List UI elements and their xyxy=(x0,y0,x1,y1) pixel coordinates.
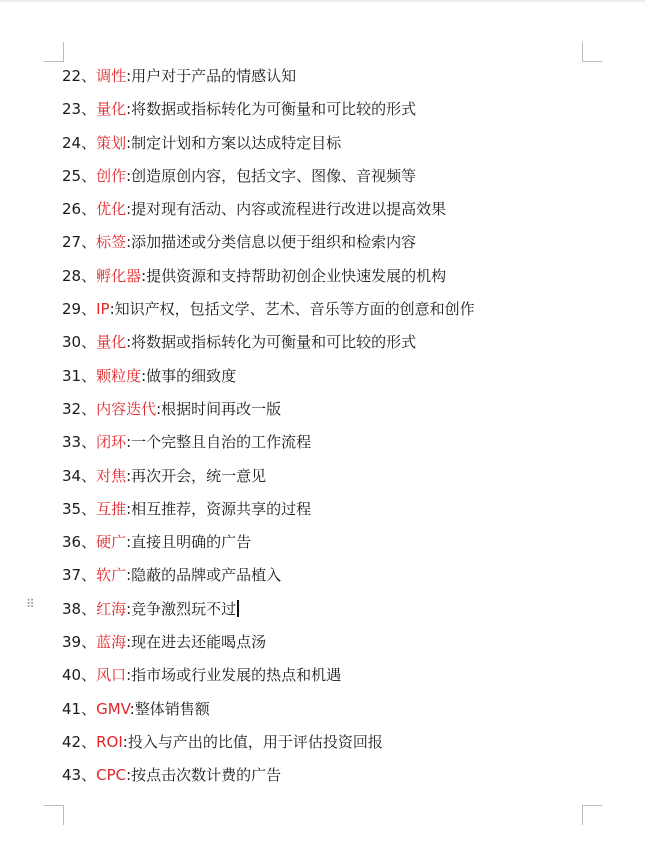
list-item[interactable]: 37、软广:隐蔽的品牌或产品植入 xyxy=(62,563,475,596)
item-term: 对焦 xyxy=(96,467,126,485)
item-definition: 创造原创内容，包括文字、图像、音视频等 xyxy=(131,167,416,185)
item-definition: 指市场或行业发展的热点和机遇 xyxy=(131,666,341,684)
item-term: 互推 xyxy=(96,500,126,518)
item-term: 颗粒度 xyxy=(96,367,141,385)
item-definition: 知识产权，包括文学、艺术、音乐等方面的创意和创作 xyxy=(115,300,475,318)
item-definition: 按点击次数计费的广告 xyxy=(131,766,281,784)
list-item[interactable]: 26、优化:提对现有活动、内容或流程进行改进以提高效果 xyxy=(62,197,475,230)
item-number: 26、 xyxy=(62,200,96,218)
item-number: 30、 xyxy=(62,333,96,351)
item-number: 34、 xyxy=(62,467,96,485)
item-number: 37、 xyxy=(62,566,96,584)
list-item[interactable]: 30、量化:将数据或指标转化为可衡量和可比较的形式 xyxy=(62,330,475,363)
document-body[interactable]: 22、调性:用户对于产品的情感认知23、量化:将数据或指标转化为可衡量和可比较的… xyxy=(62,64,475,797)
item-term: 量化 xyxy=(96,100,126,118)
item-term: CPC xyxy=(96,766,126,784)
item-definition: 投入与产出的比值，用于评估投资回报 xyxy=(128,733,383,751)
item-definition: 隐蔽的品牌或产品植入 xyxy=(131,566,281,584)
drag-handle-icon[interactable]: ⠿ xyxy=(26,601,36,615)
list-item[interactable]: 25、创作:创造原创内容，包括文字、图像、音视频等 xyxy=(62,164,475,197)
list-item[interactable]: 40、风口:指市场或行业发展的热点和机遇 xyxy=(62,663,475,696)
item-definition: 竞争激烈玩不过 xyxy=(131,600,236,618)
item-definition: 相互推荐，资源共享的过程 xyxy=(131,500,311,518)
list-item[interactable]: 33、闭环:一个完整且自治的工作流程 xyxy=(62,430,475,463)
item-term: 风口 xyxy=(96,666,126,684)
item-term: ROI xyxy=(96,733,123,751)
item-number: 32、 xyxy=(62,400,96,418)
item-term: IP xyxy=(96,300,109,318)
item-definition: 提对现有活动、内容或流程进行改进以提高效果 xyxy=(131,200,446,218)
item-term: 量化 xyxy=(96,333,126,351)
item-term: 硬广 xyxy=(96,533,126,551)
list-item[interactable]: 43、CPC:按点击次数计费的广告 xyxy=(62,763,475,796)
list-item[interactable]: 35、互推:相互推荐，资源共享的过程 xyxy=(62,497,475,530)
item-number: 24、 xyxy=(62,134,96,152)
list-item[interactable]: 22、调性:用户对于产品的情感认知 xyxy=(62,64,475,97)
item-number: 28、 xyxy=(62,267,96,285)
item-definition: 将数据或指标转化为可衡量和可比较的形式 xyxy=(131,100,416,118)
item-number: 23、 xyxy=(62,100,96,118)
item-term: 蓝海 xyxy=(96,633,126,651)
item-definition: 做事的细致度 xyxy=(146,367,236,385)
list-item[interactable]: 32、内容迭代:根据时间再改一版 xyxy=(62,397,475,430)
item-number: 36、 xyxy=(62,533,96,551)
item-definition: 直接且明确的广告 xyxy=(131,533,251,551)
item-number: 35、 xyxy=(62,500,96,518)
list-item[interactable]: 27、标签:添加描述或分类信息以便于组织和检索内容 xyxy=(62,230,475,263)
list-item[interactable]: 42、ROI:投入与产出的比值，用于评估投资回报 xyxy=(62,730,475,763)
list-item[interactable]: 34、对焦:再次开会，统一意见 xyxy=(62,464,475,497)
item-number: 40、 xyxy=(62,666,96,684)
item-definition: 整体销售额 xyxy=(135,700,210,718)
list-item[interactable]: 28、孵化器:提供资源和支持帮助初创企业快速发展的机构 xyxy=(62,264,475,297)
item-definition: 制定计划和方案以达成特定目标 xyxy=(131,134,341,152)
top-edge xyxy=(0,0,645,2)
page-corner-mark-top-right xyxy=(582,42,602,62)
item-number: 33、 xyxy=(62,433,96,451)
item-definition: 一个完整且自治的工作流程 xyxy=(131,433,311,451)
item-term: 红海 xyxy=(96,600,126,618)
item-number: 22、 xyxy=(62,67,96,85)
item-definition: 添加描述或分类信息以便于组织和检索内容 xyxy=(131,233,416,251)
page-corner-mark-top-left xyxy=(44,42,64,62)
item-definition: 将数据或指标转化为可衡量和可比较的形式 xyxy=(131,333,416,351)
item-number: 29、 xyxy=(62,300,96,318)
item-term: 优化 xyxy=(96,200,126,218)
list-item[interactable]: 24、策划:制定计划和方案以达成特定目标 xyxy=(62,131,475,164)
item-number: 38、 xyxy=(62,600,96,618)
item-number: 27、 xyxy=(62,233,96,251)
item-term: 软广 xyxy=(96,566,126,584)
text-cursor xyxy=(237,600,239,617)
item-definition: 再次开会，统一意见 xyxy=(131,467,266,485)
list-item[interactable]: 41、GMV:整体销售额 xyxy=(62,697,475,730)
page-corner-mark-bottom-left xyxy=(44,805,64,825)
item-number: 25、 xyxy=(62,167,96,185)
list-item[interactable]: 29、IP:知识产权，包括文学、艺术、音乐等方面的创意和创作 xyxy=(62,297,475,330)
item-number: 42、 xyxy=(62,733,96,751)
item-term: 内容迭代 xyxy=(96,400,156,418)
list-item[interactable]: 23、量化:将数据或指标转化为可衡量和可比较的形式 xyxy=(62,97,475,130)
item-number: 41、 xyxy=(62,700,96,718)
item-definition: 用户对于产品的情感认知 xyxy=(131,67,296,85)
item-term: GMV xyxy=(96,700,130,718)
item-definition: 提供资源和支持帮助初创企业快速发展的机构 xyxy=(146,267,446,285)
item-number: 31、 xyxy=(62,367,96,385)
list-item[interactable]: ⠿38、红海:竞争激烈玩不过 xyxy=(62,597,475,630)
item-term: 标签 xyxy=(96,233,126,251)
item-number: 39、 xyxy=(62,633,96,651)
item-definition: 根据时间再改一版 xyxy=(161,400,281,418)
item-number: 43、 xyxy=(62,766,96,784)
list-item[interactable]: 39、蓝海:现在进去还能喝点汤 xyxy=(62,630,475,663)
list-item[interactable]: 36、硬广:直接且明确的广告 xyxy=(62,530,475,563)
item-term: 调性 xyxy=(96,67,126,85)
item-term: 闭环 xyxy=(96,433,126,451)
page-corner-mark-bottom-right xyxy=(582,805,602,825)
item-term: 策划 xyxy=(96,134,126,152)
item-definition: 现在进去还能喝点汤 xyxy=(131,633,266,651)
item-term: 创作 xyxy=(96,167,126,185)
item-term: 孵化器 xyxy=(96,267,141,285)
list-item[interactable]: 31、颗粒度:做事的细致度 xyxy=(62,364,475,397)
